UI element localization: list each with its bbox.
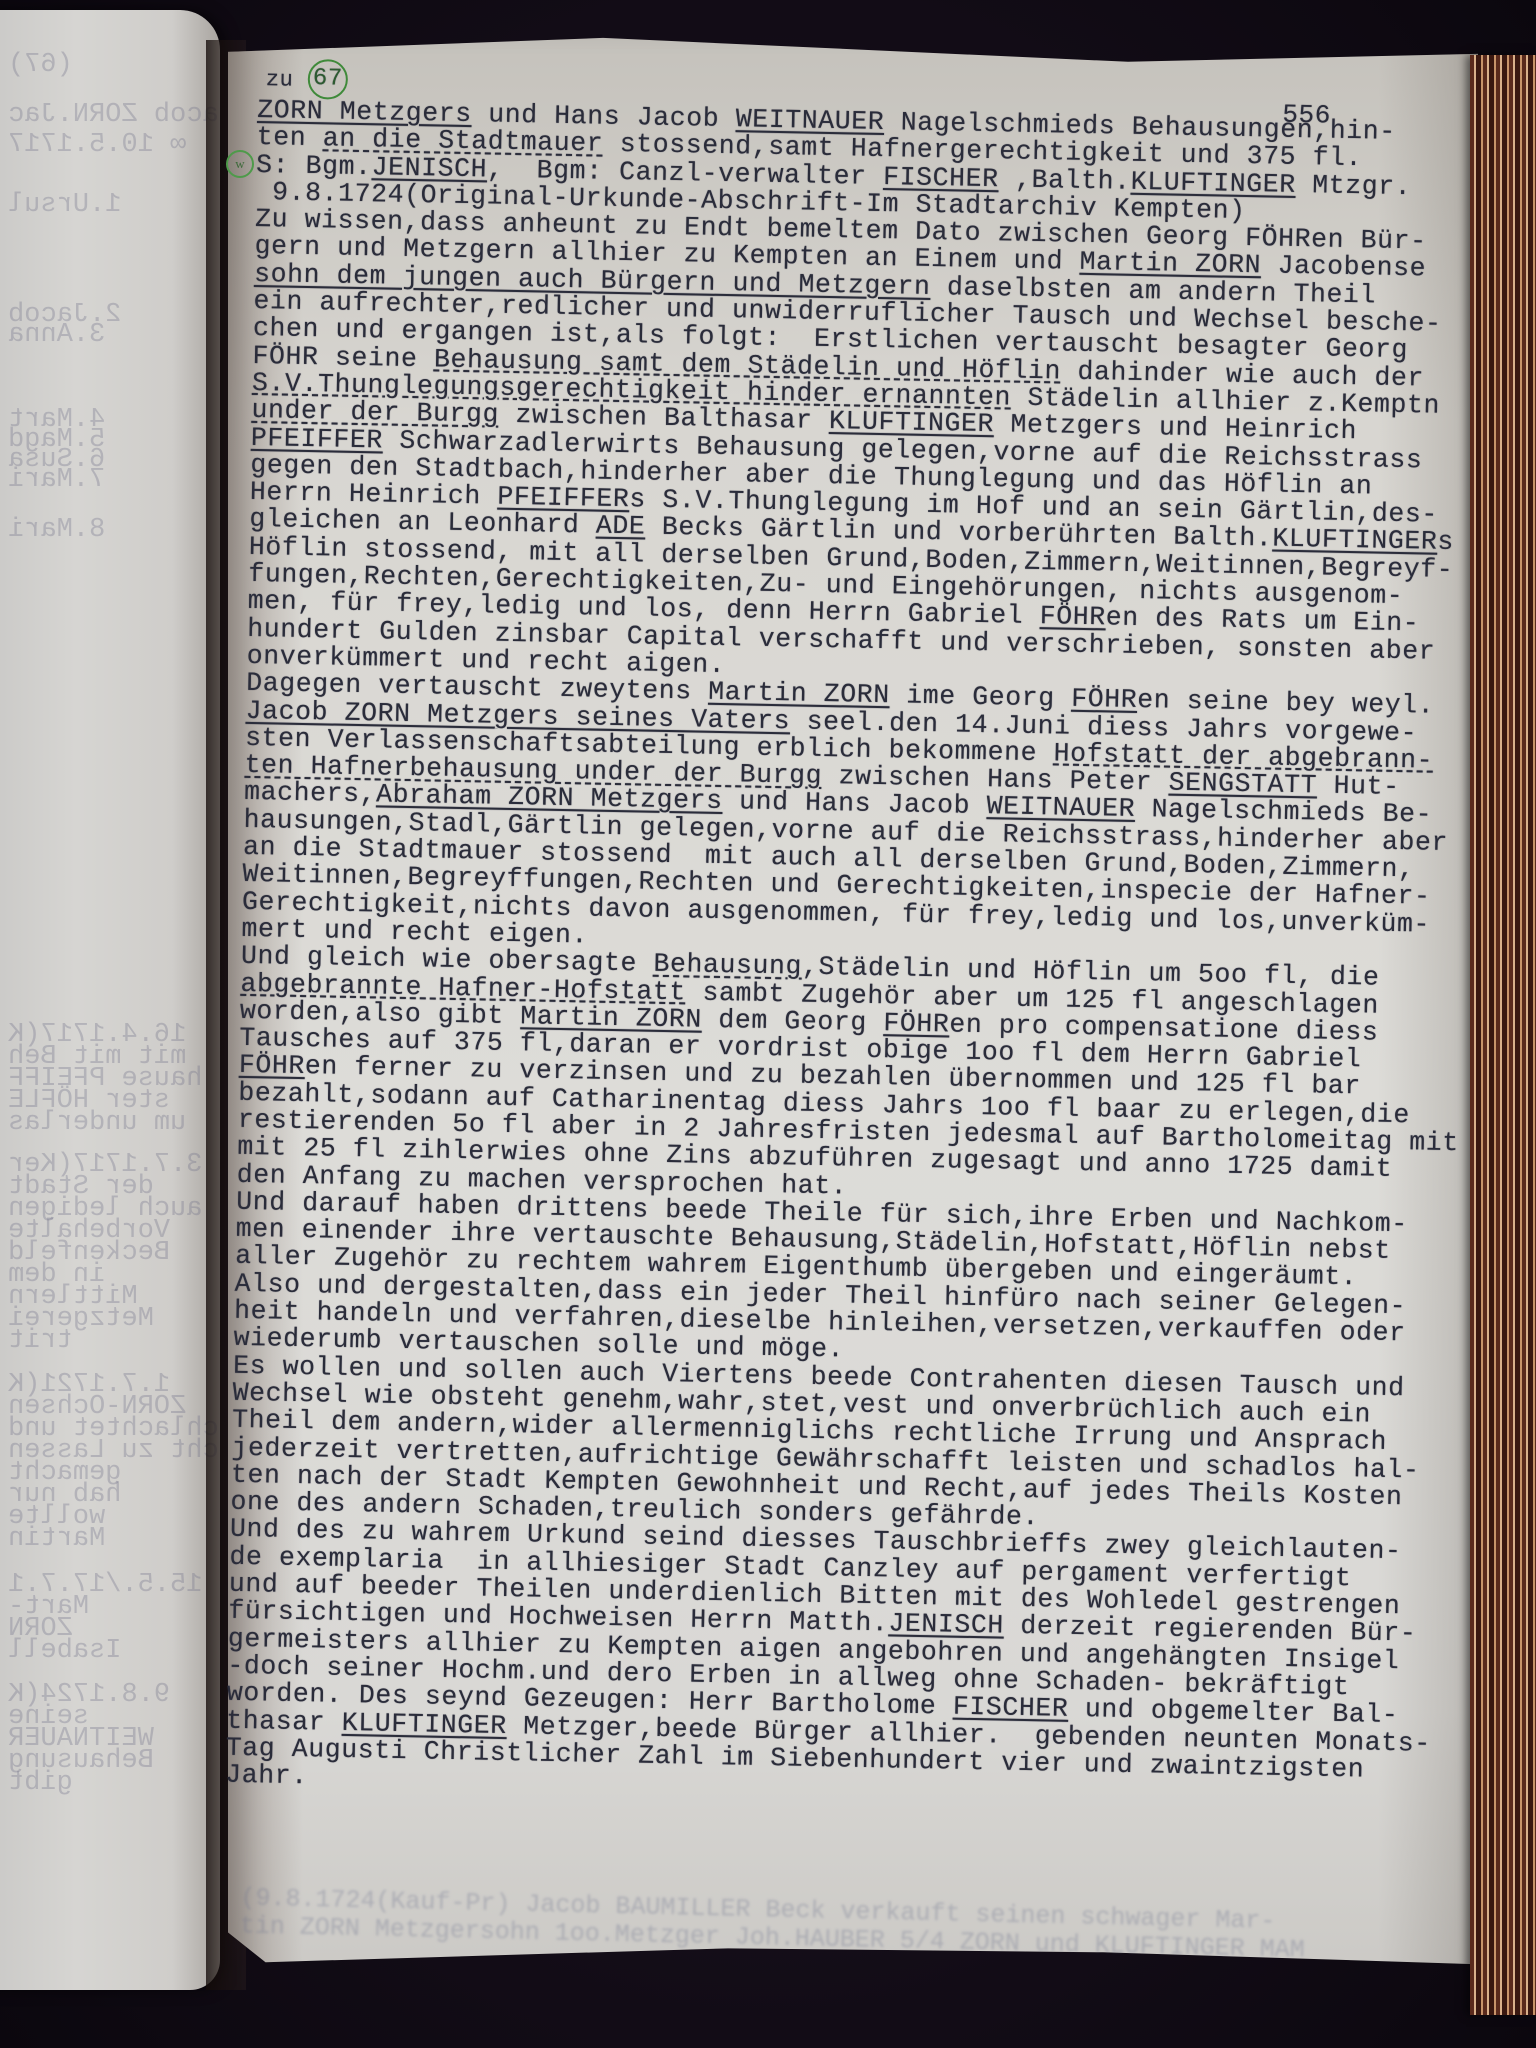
book-photo-scene: (67)Jacob ZORN.Jac∞ 10.5.17171.Ursul2.Ja… — [0, 0, 1536, 2048]
text-segment: Jahr. — [225, 1760, 308, 1792]
mirrored-text-fragment: gibt — [8, 1768, 73, 1798]
mirrored-text-fragment: 7.Mari — [8, 465, 105, 495]
text-segment: Mtzgr. — [1295, 170, 1411, 202]
mirrored-text-fragment: 3.Anna — [8, 320, 105, 350]
left-facing-page: (67)Jacob ZORN.Jac∞ 10.5.17171.Ursul2.Ja… — [0, 10, 220, 1990]
typewritten-document-body: zu 67 556 ZORN Metzgers und Hans Jacob W… — [225, 70, 1458, 1812]
mirrored-text-fragment: 8.Mari — [8, 515, 105, 545]
mirrored-text-fragment: Jacob ZORN.Jac — [8, 100, 220, 130]
left-page-bleed-through-text: (67)Jacob ZORN.Jac∞ 10.5.17171.Ursul2.Ja… — [0, 10, 220, 1990]
mirrored-text-fragment: ∞ 10.5.1717 — [8, 130, 186, 160]
mirrored-text-fragment: 1.Ursul — [8, 190, 121, 220]
mirrored-text-fragment: um underlas — [8, 1108, 186, 1138]
reference-prefix: zu — [266, 66, 294, 94]
reference-number-circled: 67 — [307, 59, 348, 100]
underlined-name: ADE — [596, 511, 646, 542]
mirrored-text-fragment: Isabell — [8, 1636, 121, 1666]
page-number: 556 — [1282, 102, 1331, 130]
mirrored-text-fragment: trit — [8, 1326, 73, 1356]
mirrored-text-fragment: Martin — [8, 1524, 105, 1554]
document-lines: ZORN Metzgers und Hans Jacob WEITNAUER N… — [225, 97, 1457, 1812]
margin-annotation-mark: w — [226, 150, 254, 178]
mirrored-text-fragment: (67) — [8, 50, 73, 80]
text-segment: s — [1437, 527, 1454, 557]
page-stack-edge — [1470, 55, 1536, 2015]
